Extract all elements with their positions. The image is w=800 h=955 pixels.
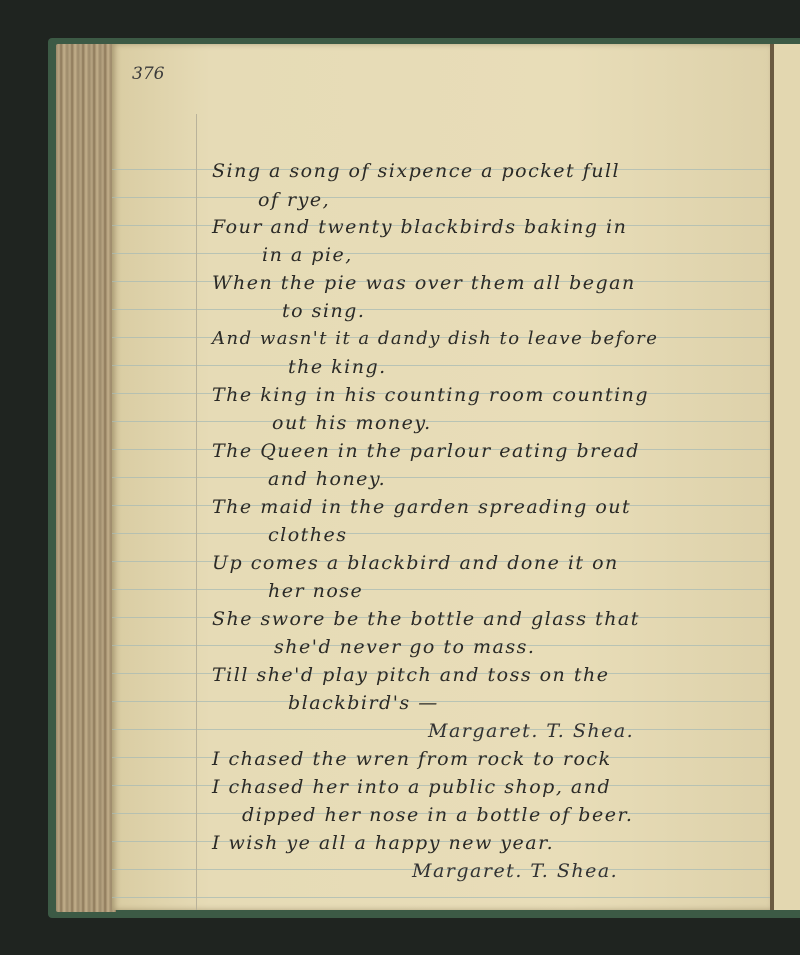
poem-line: clothes	[268, 524, 348, 546]
signature: Margaret. T. Shea.	[412, 860, 618, 882]
poem-line: blackbird's —	[288, 692, 439, 714]
poem-line: Sing a song of sixpence a pocket full	[212, 160, 620, 182]
poem-line: and honey.	[268, 468, 386, 490]
poem-line: of rye,	[258, 189, 330, 211]
poem-line: And wasn't it a dandy dish to leave befo…	[212, 328, 658, 349]
page-number: 376	[132, 64, 164, 84]
poem-line: dipped her nose in a bottle of beer.	[242, 804, 633, 826]
poem-line: in a pie,	[262, 244, 353, 266]
poem-line: Up comes a blackbird and done it on	[212, 552, 619, 574]
poem-line: to sing.	[282, 300, 365, 322]
poem-line: She swore be the bottle and glass that	[212, 608, 640, 630]
poem-line: I chased the wren from rock to rock	[212, 748, 612, 770]
signature: Margaret. T. Shea.	[428, 720, 634, 742]
poem-line: The Queen in the parlour eating bread	[212, 440, 640, 462]
notebook-page: 376 Sing a song of sixpence a pocket ful…	[112, 44, 770, 910]
poem-line: out his money.	[272, 412, 432, 434]
poem-line: her nose	[268, 580, 363, 602]
poem-line: The maid in the garden spreading out	[212, 496, 631, 518]
poem-line: she'd never go to mass.	[274, 636, 535, 658]
poem-line: Till she'd play pitch and toss on the	[212, 664, 609, 686]
poem-line: I wish ye all a happy new year.	[212, 832, 554, 854]
poem-line: The king in his counting room counting	[212, 384, 649, 406]
poem-line: When the pie was over them all began	[212, 272, 636, 294]
facing-page	[774, 44, 800, 910]
poem-line: Four and twenty blackbirds baking in	[212, 216, 627, 238]
page-edges	[56, 44, 116, 912]
poem-line: the king.	[288, 356, 387, 378]
margin-line	[196, 114, 197, 910]
poem-line: I chased her into a public shop, and	[212, 776, 611, 798]
